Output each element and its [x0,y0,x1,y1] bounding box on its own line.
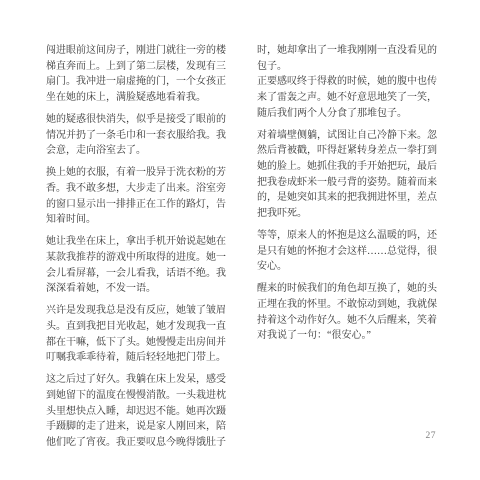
paragraph: 等等，原来人的怀抱是这么温暖的吗，还 是只有她的怀抱才会这样……总觉得，很 安心… [257,228,441,275]
paragraph: 时，她却拿出了一堆我刚刚一直没看见的 包子。 [257,43,441,74]
left-text-column: 闯进眼前这间房子，刚进门就往一旁的楼 梯直奔而上。上到了第二层楼，发现有三 扇门… [46,43,230,457]
right-text-column: 时，她却拿出了一堆我刚刚一直没看见的 包子。正要感叹终于得救的时候，她的腹中也传… [257,43,441,350]
paragraph: 兴许是发现我总是没有反应，她皱了皱眉 头。直到我把目光收起，她才发现我一直 都在… [46,303,230,366]
page-number: 27 [426,431,437,441]
paragraph: 正要感叹终于得救的时候，她的腹中也传 来了雷轰之声。她不好意思地笑了一笑， 随后… [257,74,441,121]
paragraph: 她的疑惑很快消失，似乎是接受了眼前的 情况并扔了一条毛巾和一套衣服给我。我 会意… [46,112,230,159]
paragraph: 换上她的衣服，有着一股异于洗衣粉的芳 香。我不敢多想，大步走了出来。浴室旁 的窗… [46,165,230,228]
paragraph: 她让我坐在床上，拿出手机开始说起她在 某款我推荐的游戏中所取得的进度。她一 会儿… [46,234,230,297]
paragraph: 醒来的时候我们的角色却互换了，她的头 正埋在我的怀里。不敢惊动到她，我就保 持着… [257,281,441,344]
paragraph: 这之后过了好久。我躺在床上发呆，感受 到她留下的温度在慢慢消散。一头栽进枕 头里… [46,372,230,450]
paragraph: 对着墙壁侧躺，试图让自己冷静下来。忽 然后背被戳，吓得赶紧转身差点一拳打到 她的… [257,128,441,222]
paragraph: 闯进眼前这间房子，刚进门就往一旁的楼 梯直奔而上。上到了第二层楼，发现有三 扇门… [46,43,230,106]
book-page: 闯进眼前这间房子，刚进门就往一旁的楼 梯直奔而上。上到了第二层楼，发现有三 扇门… [0,0,480,480]
